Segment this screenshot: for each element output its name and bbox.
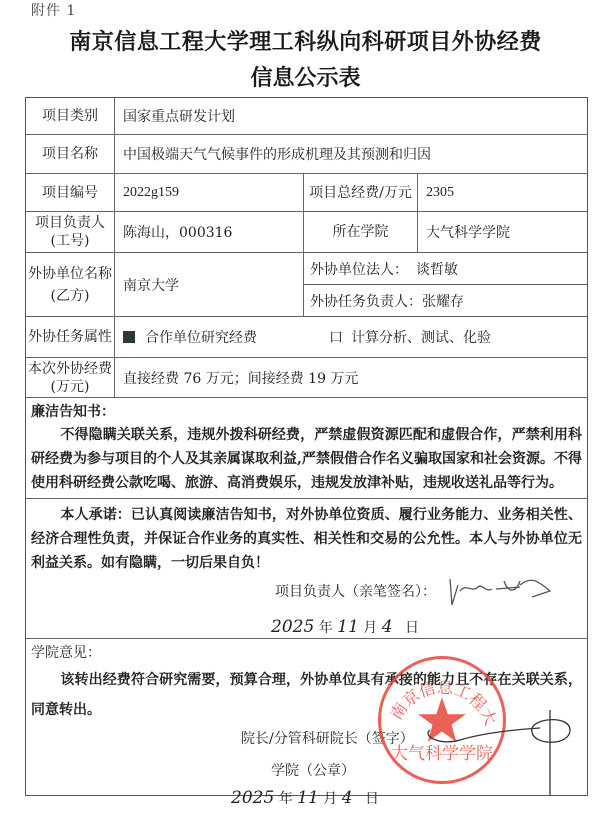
pledge-date-day-unit: 日 (405, 620, 419, 636)
page-title-line2: 信息公示表 (0, 61, 611, 92)
pledge-section: 本人承诺：已认真阅读廉洁告知书，对外协单位资质、履行业务能力、业务相关性、经济合… (26, 499, 587, 639)
college-date-day-unit: 日 (365, 791, 379, 807)
partner-legal-rep-label: 外协单位法人： (310, 259, 408, 279)
partner-task-leader-label: 外协任务负责人： (310, 291, 422, 311)
total-funding-label: 项目总经费/万元 (304, 174, 418, 212)
leader-signature-row: 项目负责人（亲笔签名）： (275, 575, 556, 609)
project-name-label: 项目名称 (26, 135, 115, 174)
project-category-label: 项目类别 (26, 98, 115, 135)
pledge-date-month-unit: 月 (363, 620, 377, 636)
task-attribute-options: 合作单位研究经费 口 计算分析、测试、化验 (115, 317, 587, 358)
project-leader-value: 陈海山，000316 (115, 212, 304, 253)
dean-handwritten-signature (420, 690, 580, 800)
this-funding-label-line2: (万元) (51, 378, 90, 396)
project-leader-label-line2: (工号) (51, 232, 90, 250)
project-leader-label: 项目负责人 (工号) (26, 212, 115, 253)
seal-label: 学院（公章） (271, 760, 355, 780)
page-title-line1: 南京信息工程大学理工科纵向科研项目外协经费 (0, 25, 611, 56)
this-funding-label: 本次外协经费 (万元) (26, 358, 115, 398)
pledge-date-day: 4 (382, 617, 393, 637)
this-funding-text: 直接经费 76 万元；间接经费 19 万元 (123, 368, 358, 388)
partner-unit-label: 外协单位名称 (乙方) (26, 253, 115, 317)
option-partner-research-label: 合作单位研究经费 (145, 327, 257, 347)
partner-task-leader-value: 张耀存 (422, 291, 464, 311)
college-value: 大气科学学院 (418, 212, 587, 253)
college-label: 所在学院 (304, 212, 418, 253)
pledge-date-year-unit: 年 (319, 620, 333, 636)
option-analysis-label: 计算分析、测试、化验 (351, 327, 491, 347)
partner-legal-rep-value: 谈哲敏 (416, 259, 458, 279)
partner-legal-rep: 外协单位法人： 谈哲敏 (304, 253, 587, 285)
project-category-value: 国家重点研发计划 (115, 98, 587, 135)
college-date-year-unit: 年 (279, 791, 293, 807)
integrity-notice-section: 廉洁告知书： 不得隐瞒关联关系，违规外拨科研经费，严禁虚假资源匹配和虚假合作，严… (26, 398, 587, 499)
pledge-date-year: 2025 (271, 617, 314, 637)
project-name-value: 中国极端天气气候事件的形成机理及其预测和归因 (115, 135, 587, 174)
college-date-month-unit: 月 (323, 791, 337, 807)
project-category-label-text: 项目类别 (42, 107, 98, 125)
project-category-text: 国家重点研发计划 (123, 106, 235, 126)
partner-unit-text: 南京大学 (123, 275, 179, 295)
total-funding-value: 2305 (418, 174, 587, 212)
leader-signature-label: 项目负责人（亲笔签名）： (275, 584, 436, 600)
partner-unit-label-line2: (乙方) (51, 285, 90, 307)
option-analysis-checkbox[interactable]: 口 (329, 327, 343, 347)
project-number-text: 2022g159 (123, 185, 179, 201)
college-date-month: 11 (297, 788, 319, 808)
attachment-label: 附件 1 (31, 0, 76, 20)
total-funding-text: 2305 (426, 185, 454, 201)
integrity-notice-body: 不得隐瞒关联关系，违规外拨科研经费，严禁虚假资源匹配和虚假合作，严禁利用科研经费… (26, 423, 587, 495)
project-number-label-text: 项目编号 (42, 184, 98, 202)
project-name-text: 中国极端天气气候事件的形成机理及其预测和归因 (123, 144, 431, 164)
project-number-value: 2022g159 (115, 174, 304, 212)
project-name-label-text: 项目名称 (42, 145, 98, 163)
leader-handwritten-signature (446, 575, 556, 609)
task-attribute-label: 外协任务属性 (26, 317, 115, 358)
project-leader-label-line1: 项目负责人 (35, 214, 105, 232)
pledge-date-month: 11 (337, 617, 359, 637)
college-date-day: 4 (342, 788, 353, 808)
college-date-year: 2025 (231, 788, 274, 808)
partner-unit-value: 南京大学 (115, 253, 304, 317)
pledge-date: 2025 年 11 月 4 日 (271, 617, 419, 637)
college-date: 2025 年 11 月 4 日 (231, 788, 379, 808)
integrity-notice-heading: 廉洁告知书： (26, 401, 587, 423)
task-attribute-label-text: 外协任务属性 (28, 328, 112, 346)
project-number-label: 项目编号 (26, 174, 115, 212)
this-funding-label-line1: 本次外协经费 (28, 360, 112, 378)
pledge-body: 本人承诺：已认真阅读廉洁告知书，对外协单位资质、履行业务能力、业务相关性、经济合… (26, 503, 587, 575)
option-partner-research-checkbox[interactable] (123, 331, 135, 343)
partner-unit-label-line1: 外协单位名称 (28, 263, 112, 285)
college-label-text: 所在学院 (333, 223, 389, 241)
college-text: 大气科学学院 (426, 222, 510, 242)
this-funding-value: 直接经费 76 万元；间接经费 19 万元 (115, 358, 587, 398)
project-leader-text: 陈海山，000316 (123, 222, 232, 242)
partner-task-leader: 外协任务负责人： 张耀存 (304, 285, 587, 317)
total-funding-label-text: 项目总经费/万元 (309, 184, 412, 202)
